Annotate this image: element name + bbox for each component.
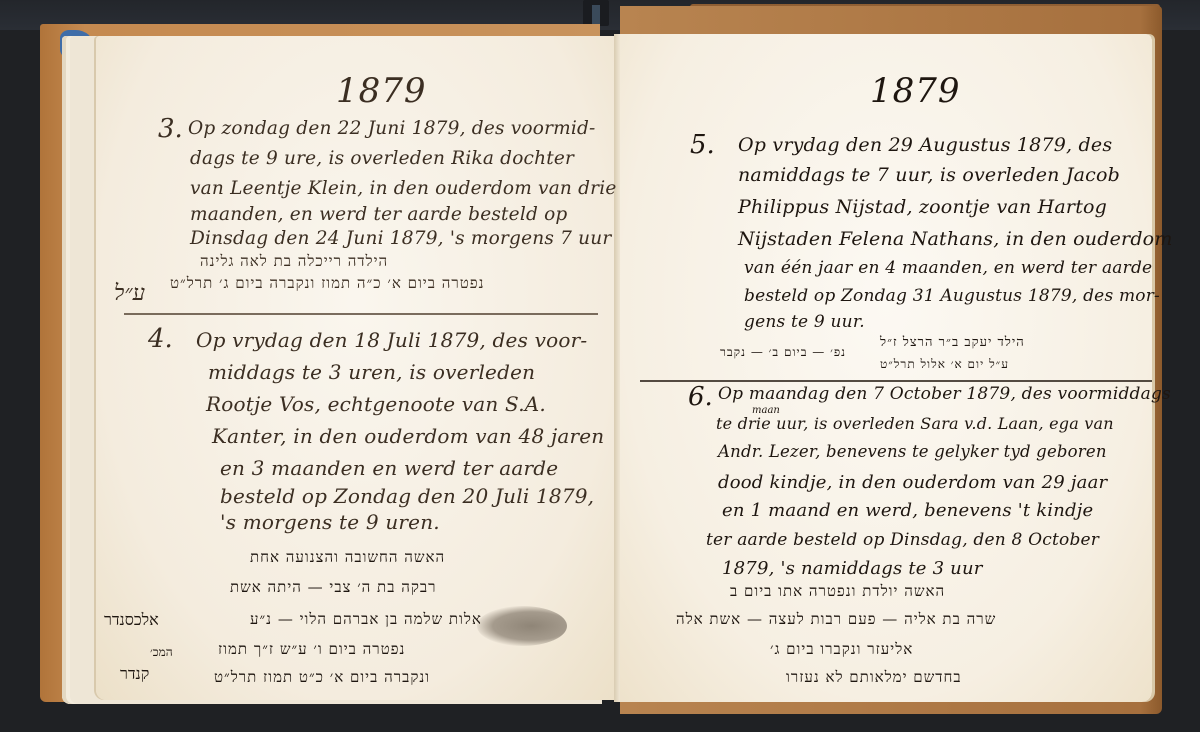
entry-5-hebrew-1: הילד יעקב ב״ר הרצל ז״ל: [880, 336, 1025, 349]
entry-5-line-3: Philippus Nijstad, zoontje van Hartog: [738, 198, 1107, 217]
right-year-heading: 1879: [870, 74, 961, 108]
entry-6-hebrew-3: אליעזר ונקברו ביום ג׳: [770, 642, 913, 657]
entry-6-line-3: Andr. Lezer, benevens te gelyker tyd geb…: [718, 444, 1107, 461]
entry-3-hebrew-1: הילדה רייכלה בת לאה גלינה: [200, 254, 388, 269]
entry-4-hebrew-3: אלות שלמה בן אברהם הלוי — נ״ע: [250, 612, 482, 627]
entry-4-line-5: en 3 maanden en werd ter aarde: [220, 458, 558, 478]
entry-3-line-1: Op zondag den 22 Juni 1879, des voormid-: [188, 120, 595, 139]
entry-6-number: 6.: [688, 384, 713, 410]
entry-4-hebrew-2: רבקה בת ה׳ צבי — היתה אשת: [230, 580, 436, 595]
entry-5-line-2: namiddags te 7 uur, is overleden Jacob: [738, 166, 1120, 185]
margin-signature-surname: קנדר: [120, 666, 149, 682]
entry-3-line-2: dags te 9 ure, is overleden Rika dochter: [190, 150, 574, 169]
entry-4-number: 4.: [148, 326, 173, 352]
entry-5-number: 5.: [690, 132, 715, 158]
entry-3-line-3: van Leentje Klein, in den ouderdom van d…: [190, 180, 616, 199]
margin-signature-title: המכ׳: [150, 646, 173, 658]
entry-3-line-5: Dinsdag den 24 Juni 1879, 's morgens 7 u…: [190, 230, 611, 249]
entry-3-line-4: maanden, en werd ter aarde besteld op: [190, 206, 567, 225]
entry-4-line-3: Rootje Vos, echtgenoote van S.A.: [206, 394, 546, 414]
entry-separator-left: [124, 313, 598, 315]
entry-separator-right: [640, 380, 1152, 382]
entry-5-line-1: Op vrydag den 29 Augustus 1879, des: [738, 136, 1112, 155]
entry-5-hebrew-2: נפ׳ — ביום ב׳ — נקבר: [720, 346, 846, 358]
entry-6-line-2: te drie uur, is overleden Sara v.d. Laan…: [716, 416, 1114, 432]
entry-6-hebrew-4: בחדשם ימלאותם לא נעזרו: [786, 670, 962, 685]
entry-4-hebrew-1: האשה החשובה והצנועה אחת: [250, 550, 445, 565]
entry-4-line-1: Op vrydag den 18 Juli 1879, des voor-: [196, 330, 587, 350]
ink-blot: [477, 606, 567, 646]
entry-5-line-6: besteld op Zondag 31 Augustus 1879, des …: [744, 288, 1160, 305]
entry-4-hebrew-5: ונקברה ביום א׳ כ״ט תמוז תרל״ט: [214, 670, 430, 685]
entry-4-hebrew-4: נפטרה ביום ו׳ ע״ש ז״ך תמוז: [218, 642, 405, 657]
entry-6-line-4: dood kindje, in den ouderdom van 29 jaar: [718, 474, 1107, 492]
entry-4-line-7: 's morgens te 9 uren.: [220, 512, 440, 532]
entry-6-line-7: 1879, 's namiddags te 3 uur: [722, 560, 983, 578]
margin-signature-name: אלכסנדר: [104, 612, 159, 628]
entry-3-hebrew-2: נפטרה ביום א׳ כ״ה תמוז ונקברה ביום ג׳ תר…: [170, 276, 485, 291]
entry-5-line-5: van één jaar en 4 maanden, en werd ter a…: [744, 260, 1152, 277]
entry-6-line-1: Op maandag den 7 October 1879, des voorm…: [718, 386, 1171, 403]
left-year-heading: 1879: [336, 74, 427, 108]
entry-6-line-5: en 1 maand en werd, benevens 't kindje: [722, 502, 1093, 520]
entry-5-hebrew-3: ע״ל יום א׳ אלול תרל״ט: [880, 358, 1009, 370]
entry-4-line-6: besteld op Zondag den 20 Juli 1879,: [220, 486, 594, 506]
entry-5-line-4: Nijstaden Felena Nathans, in den ouderdo…: [738, 230, 1173, 249]
entry-4-line-4: Kanter, in den ouderdom van 48 jaren: [212, 426, 604, 446]
entry-6-line-6: ter aarde besteld op Dinsdag, den 8 Octo…: [706, 532, 1099, 549]
entry-6-hebrew-2: שרה בת אליה — פעם רבות לעצה — אשת אלה: [676, 612, 996, 627]
entry-3-number: 3.: [158, 116, 183, 142]
entry-6-hebrew-1: האשה יולדת ונפטרה אתו ביום ב: [730, 584, 945, 599]
entry-4-line-2: middags te 3 uren, is overleden: [208, 362, 535, 382]
entry-5-line-7: gens te 9 uur.: [744, 314, 865, 331]
book-stand-post: [583, 0, 609, 26]
entry-3-margin-mark: ע״ל: [114, 280, 145, 306]
